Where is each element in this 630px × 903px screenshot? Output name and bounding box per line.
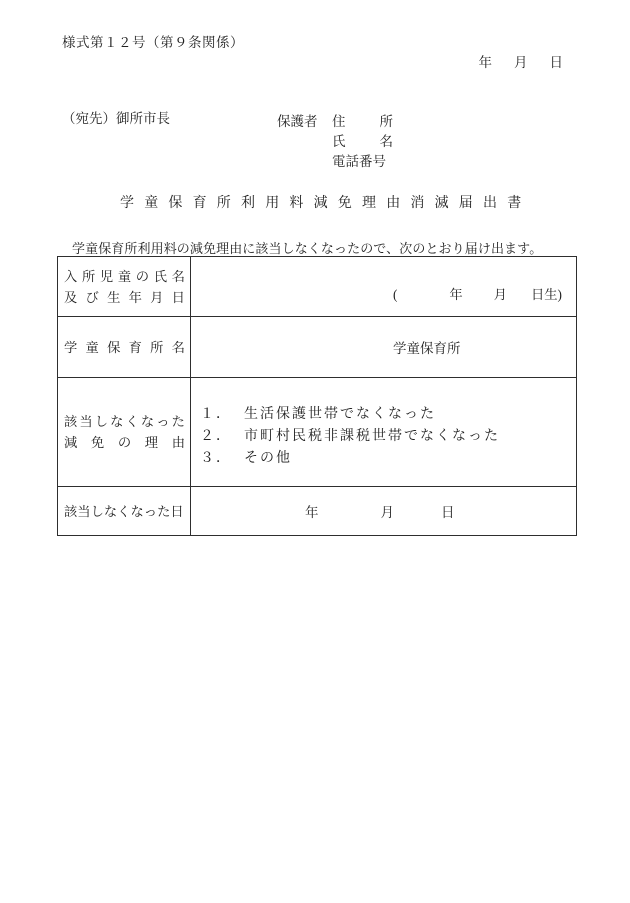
table-row-child: 入所児童の氏名 及び生年月日 ( 年 月 日生)	[58, 257, 576, 316]
end-date-year-label: 年	[305, 501, 319, 521]
addressee: （宛先）御所市長	[62, 107, 170, 127]
date-line: 年 月 日	[479, 51, 564, 71]
table-row-reason: 該当しなくなった 減免の理由 １． 生活保護世帯でなくなった ２． 市町村民税非…	[58, 377, 576, 486]
date-day-label: 日	[550, 51, 564, 71]
intro-sentence: 学童保育所利用料の減免理由に該当しなくなったので、次のとおり届け出ます。	[72, 238, 542, 257]
reason-row-label: 該当しなくなった 減免の理由	[58, 378, 191, 486]
reason-item-3: ３． その他	[200, 448, 576, 470]
table-row-center-name: 学童保育所名 学童保育所	[58, 316, 576, 377]
end-date-month-label: 月	[381, 501, 395, 521]
center-row-value-cell: 学童保育所	[191, 317, 576, 377]
end-date-row-label: 該当しなくなった日	[58, 487, 191, 535]
table-row-end-date: 該当しなくなった日 年 月 日	[58, 486, 576, 535]
date-year-label: 年	[479, 51, 493, 71]
page-title: 学童保育所利用料減免理由消滅届出書	[120, 192, 531, 212]
guardian-phone-label: 電話番号	[332, 150, 386, 170]
end-date-day-label: 日	[441, 501, 455, 521]
reason-row-value-cell: １． 生活保護世帯でなくなった ２． 市町村民税非課税世帯でなくなった ３． そ…	[191, 378, 576, 486]
guardian-name-label: 氏 名	[332, 130, 393, 150]
birth-date-placeholder: ( 年 月 日生)	[393, 287, 562, 302]
center-name-suffix: 学童保育所	[393, 337, 461, 357]
date-month-label: 月	[514, 51, 528, 71]
end-date-value-cell: 年 月 日	[191, 487, 576, 535]
reason-item-2: ２． 市町村民税非課税世帯でなくなった	[200, 426, 576, 448]
center-row-label: 学童保育所名	[58, 317, 191, 377]
form-table: 入所児童の氏名 及び生年月日 ( 年 月 日生) 学童保育所名 学童保育所	[57, 256, 577, 536]
reason-item-1: １． 生活保護世帯でなくなった	[200, 404, 576, 426]
child-row-value-cell: ( 年 月 日生)	[191, 257, 576, 316]
form-number: 様式第１２号（第９条関係）	[62, 31, 244, 51]
child-row-label: 入所児童の氏名 及び生年月日	[58, 257, 191, 316]
guardian-address-label: 住 所	[332, 110, 393, 130]
guardian-label: 保護者	[277, 110, 318, 130]
document-page: 様式第１２号（第９条関係） 年 月 日 （宛先）御所市長 保護者 住 所 氏 名…	[0, 0, 630, 903]
